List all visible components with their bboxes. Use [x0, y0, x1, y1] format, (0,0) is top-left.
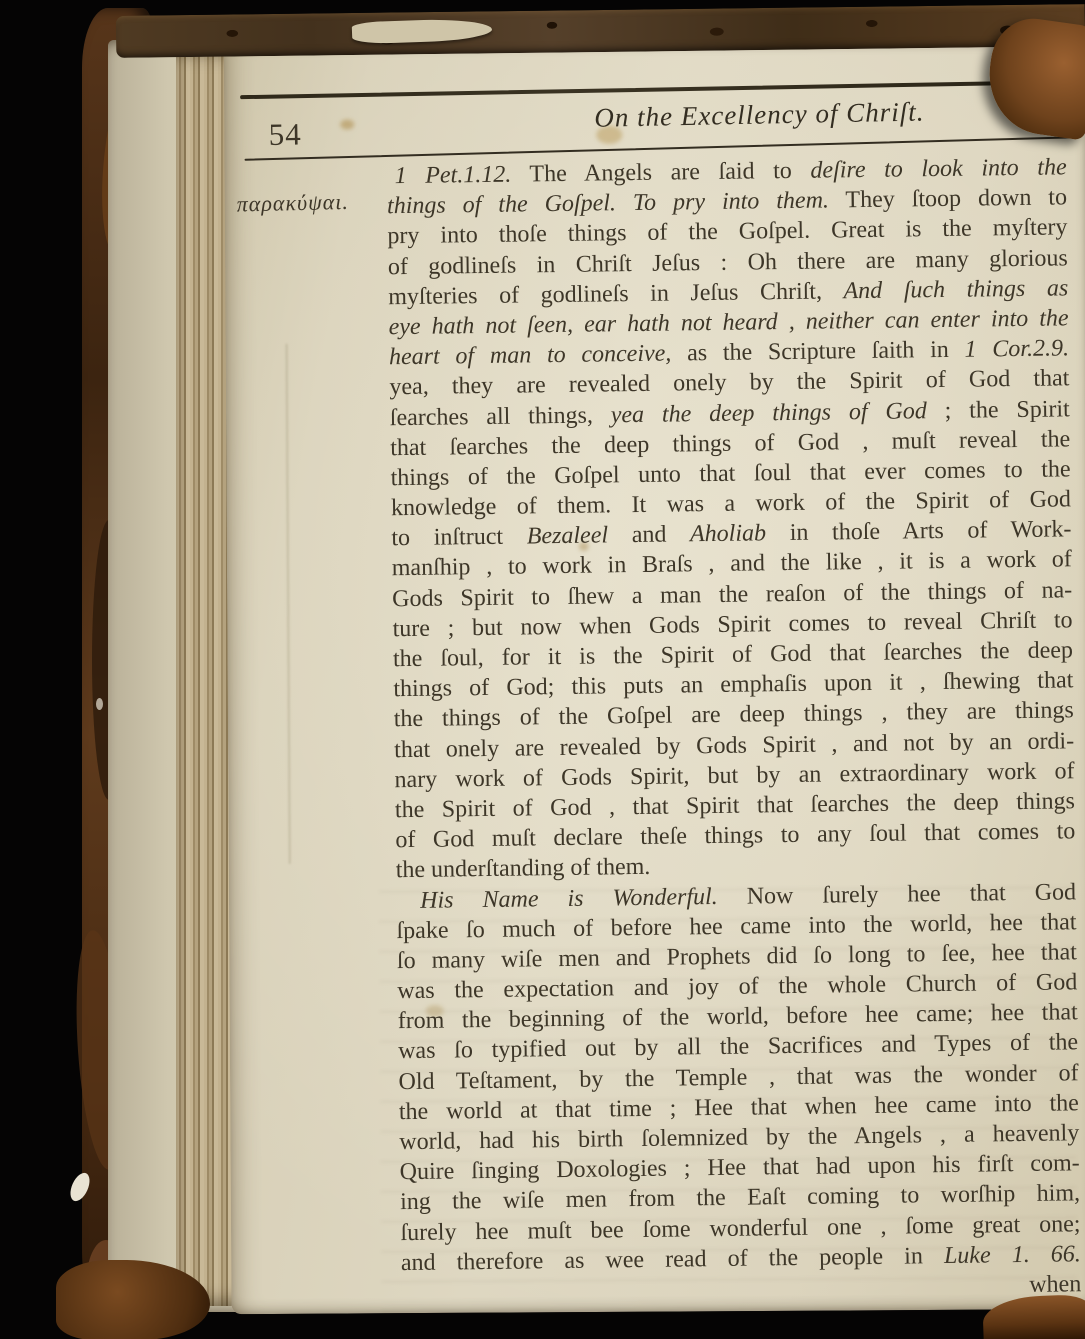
frayed-thread-speck	[96, 698, 103, 710]
roman-text-segment: Now ſurely hee that God	[718, 879, 1077, 910]
roman-text-segment: ; the Spirit	[927, 396, 1070, 424]
italic-text-segment: deſire to look into the	[810, 154, 1067, 183]
book-page: 54 On the Excellency of Chriſt. παρακύψα…	[224, 39, 1085, 1314]
roman-text-segment: They ſtoop down to	[829, 185, 1067, 214]
italic-text-segment: yea the deep things of God	[611, 398, 927, 428]
scan-background: 54 On the Excellency of Chriſt. παρακύψα…	[0, 0, 1085, 1339]
running-header: On the Excellency of Chriſt.	[524, 95, 995, 135]
italic-text-segment: His Name is Wonderful.	[420, 883, 718, 913]
margin-note-greek: παρακύψαι.	[236, 188, 391, 218]
roman-text-segment: myſteries of godlineſs in Jeſus Chriſt,	[388, 278, 844, 310]
roman-text-segment: the underſtanding of them.	[396, 854, 651, 883]
roman-text-segment: The Angels are ſaid to	[511, 158, 811, 188]
body-text: 1 Pet.1.12. The Angels are ſaid to deſir…	[386, 152, 1081, 1308]
roman-text-segment: to inſtruct	[391, 524, 527, 552]
paper-stain	[340, 119, 354, 129]
italic-text-segment: 1 Pet.1.12.	[394, 162, 511, 190]
italic-text-segment: Aholiab	[690, 521, 766, 548]
roman-text-segment: when	[1029, 1271, 1081, 1298]
roman-text-segment: and therefore as wee read of the people …	[401, 1243, 944, 1276]
italic-text-segment: heart of man to conceive,	[389, 341, 672, 371]
italic-text-segment: Luke 1. 66.	[944, 1241, 1081, 1269]
page-number: 54	[268, 116, 302, 153]
italic-text-segment: things of the Goſpel. To pry into them.	[387, 188, 829, 220]
italic-text-segment: Bezaleel	[527, 523, 609, 550]
roman-text-segment: in thoſe Arts of Work-	[766, 517, 1072, 547]
italic-text-segment: 1 Cor.2.9.	[964, 335, 1069, 362]
roman-text-segment: and	[608, 522, 690, 549]
roman-text-segment: ſearches all things,	[390, 402, 611, 431]
italic-text-segment: And ſuch things as	[843, 275, 1068, 304]
roman-text-segment: as the Scripture ſaith in	[671, 337, 965, 367]
paper-crease	[286, 344, 291, 864]
